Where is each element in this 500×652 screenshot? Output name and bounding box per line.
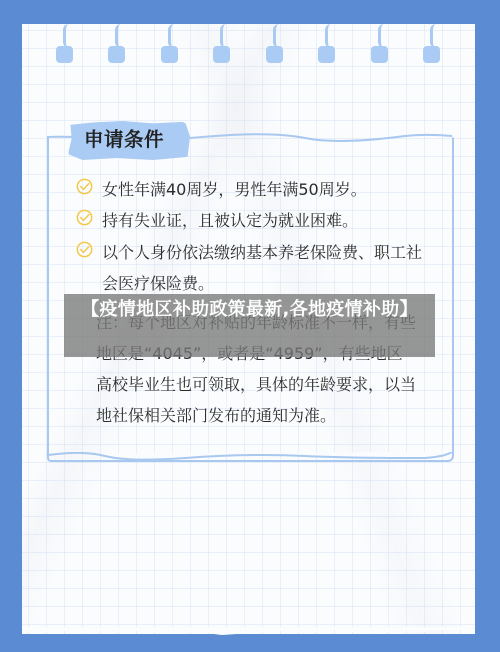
note-line: 地社保相关部门发布的通知为准。 [96,403,336,426]
headline-text: 【疫情地区补助政策最新,各地疫情补助】 [64,298,435,321]
check-circle-icon [76,209,93,226]
binder-ring [55,24,75,64]
binder-ring [265,24,285,64]
note-line: 高校毕业生也可领取，具体的年龄要求，以当 [96,372,416,395]
binder-ring [370,24,390,64]
check-circle-icon [76,178,93,195]
binder-ring [107,24,127,64]
binder-ring [160,24,180,64]
condition-text-continuation: 会医疗保险费。 [102,271,214,294]
box-bottom-wavy-border [45,452,455,468]
condition-text: 以个人身份依法缴纳基本养老保险费、职工社 [102,240,422,263]
condition-text: 持有失业证，且被认定为就业困难。 [102,208,358,231]
binder-ring [212,24,232,64]
condition-text: 女性年满40周岁，男性年满50周岁。 [102,177,367,200]
section-title: 申请条件 [84,124,164,152]
binder-ring [317,24,337,64]
torn-paper-edge [22,627,475,639]
check-circle-icon [76,241,93,258]
binder-ring [422,24,442,64]
